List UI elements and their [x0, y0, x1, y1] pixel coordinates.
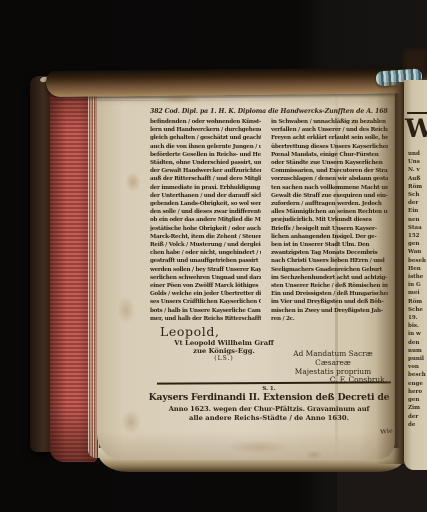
- text-line: Marck-Recht, item die Zehent / Steuer,: [150, 233, 261, 241]
- text-line: Commissarien, und Executoren der Straff: [271, 167, 388, 175]
- text-line: Seeligmachers Gnadenreichen Geburt: [271, 266, 388, 274]
- body-column-left: befindenden / oder wohnenden Künst-lern …: [150, 118, 261, 323]
- text-line: ten sachen nach vollkommene Macht und: [271, 184, 388, 192]
- section-heading-line1: Kaysers Ferdinandi II. Extension deß Dec…: [143, 392, 395, 403]
- text-line: sten Unserer Reiche / deß Römischen im: [271, 282, 388, 290]
- text-line: præjudicirlich. Mit Urkundt dieses: [271, 216, 388, 224]
- text-fragment: 152: [408, 232, 427, 240]
- text-fragment: Staa: [408, 224, 427, 232]
- text-fragment: Sch: [408, 191, 427, 199]
- text-line: zufordern / aufftragen werden. Jedoch: [271, 200, 388, 208]
- text-fragment: Röm: [408, 298, 427, 306]
- background-shadow: [337, 466, 427, 512]
- body-text-columns: befindenden / oder wohnenden Künst-lern …: [150, 118, 388, 323]
- text-line: den solle / und dieses zwar indifferente…: [150, 208, 261, 216]
- foxing-spot: [225, 440, 291, 454]
- text-fragment: beseh: [408, 257, 427, 265]
- text-fragment: Zim: [408, 404, 427, 412]
- signature-line: Vt Leopold Willhelm Graff: [155, 339, 293, 347]
- text-line: mer, und halb der Reichs Ritterschafft: [150, 315, 261, 323]
- text-fragment: Auß: [408, 175, 427, 183]
- text-line: gleich gehalten / geschätzt und geachtet: [150, 134, 261, 142]
- text-line: der Gewalt Handwercker auffzurichten: [150, 167, 261, 175]
- text-fragment: gen: [408, 240, 427, 248]
- text-fragment: isthe: [408, 273, 427, 281]
- text-line: chen habe / oder nicht, ungehindert / un…: [150, 249, 261, 257]
- text-fragment: der: [408, 199, 427, 207]
- text-line: übertrettung dieses Unsers Kayserlichen: [271, 143, 388, 151]
- text-line: gebenden Lands-Obrigkeit, so wol wer-: [150, 200, 261, 208]
- foxing-spot: [121, 410, 141, 434]
- text-line: Freyen acht erklärt erlaubt sein solle, …: [271, 134, 388, 142]
- signature-line: (LS.): [155, 355, 293, 363]
- imperial-signature: Leopold,: [160, 324, 220, 339]
- text-line: serlichen schwehren Ungnad und darzue: [150, 274, 261, 282]
- foxing-spot: [117, 296, 135, 324]
- text-line: gestrafft und unauffgetrieben passirt: [150, 257, 261, 265]
- mandatum-block: Ad Mandatum Sacræ CæsareæMajestatis prop…: [277, 350, 389, 385]
- text-line: Ein und Dreissigsten / deß Hungarischen: [271, 290, 388, 298]
- text-fragment: besch: [408, 371, 427, 379]
- text-line: der Unterthanen / und der darauff sich e…: [150, 192, 261, 200]
- section-heading-line3: alle andere Reichs-Städte / de Anno 1630…: [150, 414, 388, 422]
- text-line: lichen anhangenden Insigel. Der ge-: [271, 233, 388, 241]
- text-fragment: Uns: [408, 158, 427, 166]
- left-page: 382 Cod. Dipl. pa 1. H. K. Diploma die H…: [97, 88, 395, 460]
- text-line: verfallen / auch Unserer / und des Reich…: [271, 126, 388, 134]
- text-line: nach Christi Unsers lieben HErrn / und: [271, 257, 388, 265]
- countersignature-block: Vt Leopold Willhelm Graffzue Königs-Egg.…: [155, 339, 293, 363]
- text-line: vorzuschlagen / denen wir alsdann gestal…: [271, 175, 388, 183]
- text-fragment: und: [408, 150, 427, 158]
- text-fragment: Sche: [408, 306, 427, 314]
- text-line: ob ein oder das andere Mitglied die Ma-: [150, 216, 261, 224]
- text-fragment: N. v: [408, 166, 427, 174]
- text-line: im Vier und Dreyßigsten und deß Böh-: [271, 298, 388, 306]
- text-line: ses Unsers Cräfftlichen Kayserlichen Ge-: [150, 298, 261, 306]
- text-fragment: der: [408, 413, 427, 421]
- text-line: ren / 2c.: [271, 315, 388, 323]
- text-fragment: hero: [408, 388, 427, 396]
- text-line: einer Pöen von Zwölff Marck löthiges: [150, 282, 261, 290]
- book-top-edge: [46, 67, 427, 97]
- text-fragment: Ein: [408, 207, 427, 215]
- text-line: Brieffs / besigelt mit Unsern Kayser-: [271, 225, 388, 233]
- text-line: jestätische hohe Obrigkeit / oder auch d…: [150, 225, 261, 233]
- text-line: Reiß / Volck / Musterung / und derglei-: [150, 241, 261, 249]
- facing-page-sliver: W undUnsN. vAußRömSchderEinnenStaa152gen…: [404, 80, 427, 470]
- text-line: Pœnal Mandats, einige Chur-Fürsten: [271, 151, 388, 159]
- text-line: beförderte Gesellen in Reichs- und Herrn…: [150, 151, 261, 159]
- text-fragment: den: [408, 339, 427, 347]
- text-line: zwantzigsten Tag Monats Decembris: [271, 249, 388, 257]
- text-line: im Sechzehenhundert acht und achtzig-: [271, 274, 388, 282]
- text-fragment: mei: [408, 289, 427, 297]
- text-fragment: gen: [408, 396, 427, 404]
- text-line: alles Männiglichen an seinen Rechten un-: [271, 208, 388, 216]
- text-fragment: bis.: [408, 322, 427, 330]
- foxing-spot: [125, 172, 141, 192]
- text-fragment: Röm: [408, 183, 427, 191]
- text-line: der immediate in praxi. Erbhuldigung: [150, 184, 261, 192]
- gutter-shadow: [376, 82, 406, 464]
- text-line: bots / halb in Unsere Kayserliche Cam-: [150, 307, 261, 315]
- text-line: mischen in Zwey und Dreyßigsten Jah-: [271, 307, 388, 315]
- photo-of-open-book: 382 Cod. Dipl. pa 1. H. K. Diploma die H…: [0, 0, 427, 512]
- text-fragment: Wan: [408, 248, 427, 256]
- text-fragment: von: [408, 363, 427, 371]
- running-header: 382 Cod. Dipl. pa 1. H. K. Diploma die H…: [150, 108, 388, 115]
- text-fragment: Hen: [408, 265, 427, 273]
- text-line: in Schwaben / unnachläßig zu bezahlen: [271, 118, 388, 126]
- text-line: oder Ständte zue Unsern Kayserlichen: [271, 159, 388, 167]
- text-line: ben ist in Unserer Stadt Ulm. Den: [271, 241, 388, 249]
- text-line: Gewalt die Straff zue exequiren und ein-: [271, 192, 388, 200]
- signature-line: zue Königs-Egg.: [155, 347, 293, 355]
- text-fragment: in G: [408, 281, 427, 289]
- body-column-right: in Schwaben / unnachläßig zu bezahlenver…: [271, 118, 388, 323]
- text-fragment: de: [408, 421, 427, 429]
- text-line: auß der Ritterschafft / und dero Mitglie…: [150, 175, 261, 183]
- mandatum-line: Ad Mandatum Sacræ Cæsareæ: [277, 350, 389, 368]
- text-fragment: num: [408, 347, 427, 355]
- text-fragment: nen: [408, 216, 427, 224]
- facing-page-text-fragments: undUnsN. vAußRömSchderEinnenStaa152genWa…: [408, 150, 427, 429]
- text-line: auch die von ihnen gelernte Jungen / und: [150, 143, 261, 151]
- text-fragment: 19.: [408, 314, 427, 322]
- text-line: Golds / welche ein jeder Ubertretter die…: [150, 290, 261, 298]
- text-line: werden sollen / bey Straff Unserer Kay-: [150, 266, 261, 274]
- text-line: Städten, ohne Underschied passirt, und: [150, 159, 261, 167]
- section-heading-line2: Anno 1623. wegen der Chur-Pfältzis. Grav…: [150, 405, 388, 413]
- text-line: befindenden / oder wohnenden Künst-: [150, 118, 261, 126]
- text-fragment: punil: [408, 355, 427, 363]
- ornate-initial: W: [405, 116, 427, 141]
- text-fragment: in w: [408, 330, 427, 338]
- foxing-spot: [305, 450, 323, 460]
- text-fragment: enge: [408, 380, 427, 388]
- text-line: lern und Handwerckern / durchgehends: [150, 126, 261, 134]
